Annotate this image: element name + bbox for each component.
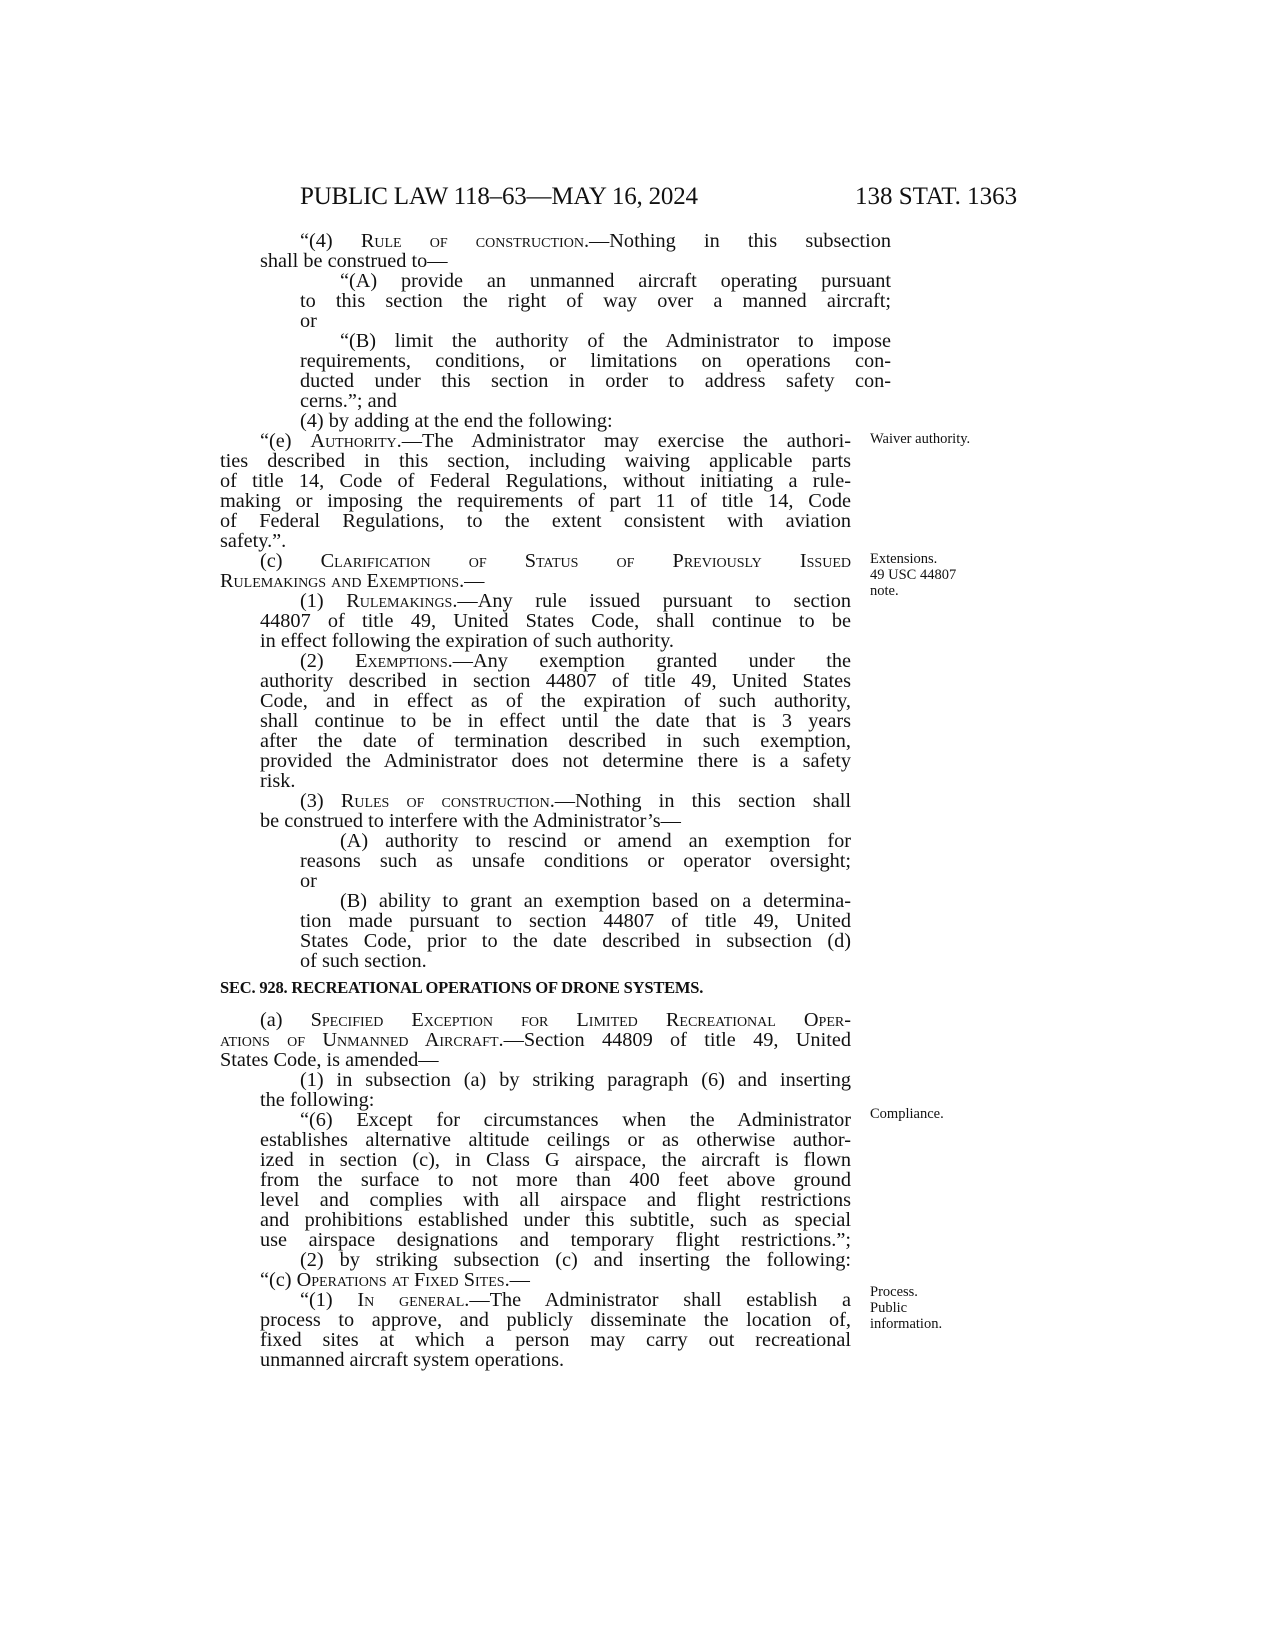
line-text: and prohibitions established under this … bbox=[260, 1209, 851, 1231]
line-text: “(B) limit the authority of the Administ… bbox=[340, 330, 891, 352]
text-line: “(e) Authority.—The Administrator may ex… bbox=[260, 431, 851, 452]
line-text: shall be construed to— bbox=[260, 250, 448, 272]
line-text: of title 14, Code of Federal Regulations… bbox=[220, 470, 851, 492]
text-line: establishes alternative altitude ceiling… bbox=[260, 1130, 851, 1151]
statute-page-number: 138 STAT. 1363 bbox=[855, 183, 1017, 211]
line-text: use airspace designations and temporary … bbox=[260, 1229, 851, 1251]
text-line: from the surface to not more than 400 fe… bbox=[260, 1170, 851, 1191]
small-caps-heading: Rule of construction bbox=[361, 230, 584, 252]
text-line: and prohibitions established under this … bbox=[260, 1210, 851, 1231]
line-text: fixed sites at which a person may carry … bbox=[260, 1329, 851, 1351]
margin-note-extensions: Extensions.49 USC 44807note. bbox=[870, 551, 956, 599]
line-text: (2) bbox=[300, 650, 355, 672]
text-line: risk. bbox=[260, 771, 296, 792]
text-line: tion made pursuant to section 44807 of t… bbox=[300, 911, 851, 932]
small-caps-heading: Authority bbox=[310, 430, 396, 452]
small-caps-heading: Operations at Fixed Sites bbox=[297, 1269, 505, 1291]
line-text: (a) bbox=[260, 1009, 311, 1031]
text-line: shall continue to be in effect until the… bbox=[260, 711, 851, 732]
text-line: (A) authority to rescind or amend an exe… bbox=[340, 831, 851, 852]
line-text: tion made pursuant to section 44807 of t… bbox=[300, 910, 851, 932]
text-line: (B) ability to grant an exemption based … bbox=[340, 891, 851, 912]
line-text: reasons such as unsafe conditions or ope… bbox=[300, 850, 851, 872]
text-line: use airspace designations and temporary … bbox=[260, 1230, 851, 1251]
text-line: ties described in this section, includin… bbox=[220, 451, 851, 472]
margin-note-compliance: Compliance. bbox=[870, 1106, 944, 1122]
text-line: States Code, prior to the date described… bbox=[300, 931, 851, 952]
section-heading: SEC. 928. RECREATIONAL OPERATIONS OF DRO… bbox=[220, 978, 703, 998]
margin-note-line: Compliance. bbox=[870, 1106, 944, 1122]
line-text: .—The Administrator shall establish a bbox=[464, 1289, 851, 1311]
line-text: .—Nothing in this section shall bbox=[550, 790, 851, 812]
text-line: “(B) limit the authority of the Administ… bbox=[340, 331, 891, 352]
text-line: provided the Administrator does not dete… bbox=[260, 751, 851, 772]
text-line: “(6) Except for circumstances when the A… bbox=[300, 1110, 851, 1131]
text-line: Rulemakings and Exemptions.— bbox=[220, 571, 484, 592]
line-text: “(6) Except for circumstances when the A… bbox=[300, 1109, 851, 1131]
text-line: (c) Clarification of Status of Previousl… bbox=[260, 551, 851, 572]
small-caps-heading: In general bbox=[357, 1289, 464, 1311]
text-line: (3) Rules of construction.—Nothing in th… bbox=[300, 791, 851, 812]
line-text: (4) by adding at the end the following: bbox=[300, 410, 613, 432]
page-header: PUBLIC LAW 118–63—MAY 16, 2024 138 STAT.… bbox=[0, 183, 1275, 217]
line-text: .—Any exemption granted under the bbox=[448, 650, 851, 672]
line-text: .— bbox=[459, 570, 484, 592]
line-text: in effect following the expiration of su… bbox=[260, 630, 674, 652]
line-text: the following: bbox=[260, 1089, 374, 1111]
line-text: .— bbox=[505, 1269, 530, 1291]
text-line: authority described in section 44807 of … bbox=[260, 671, 851, 692]
line-text: making or imposing the requirements of p… bbox=[220, 490, 851, 512]
text-line: Code, and in effect as of the expiration… bbox=[260, 691, 851, 712]
line-text: “(1) bbox=[300, 1289, 357, 1311]
text-line: after the date of termination described … bbox=[260, 731, 851, 752]
small-caps-heading: Rulemakings bbox=[346, 590, 452, 612]
line-text: from the surface to not more than 400 fe… bbox=[260, 1169, 851, 1191]
line-text: ized in section (c), in Class G airspace… bbox=[260, 1149, 851, 1171]
text-line: safety.”. bbox=[220, 531, 286, 552]
margin-note-line: 49 USC 44807 bbox=[870, 567, 956, 583]
line-text: cerns.”; and bbox=[300, 390, 397, 412]
margin-note-line: Process. bbox=[870, 1284, 942, 1300]
text-line: making or imposing the requirements of p… bbox=[220, 491, 851, 512]
text-line: requirements, conditions, or limitations… bbox=[300, 351, 891, 372]
line-text: 44807 of title 49, United States Code, s… bbox=[260, 610, 851, 632]
line-text: “(A) provide an unmanned aircraft operat… bbox=[340, 270, 891, 292]
line-text: or bbox=[300, 310, 317, 332]
line-text: States Code, prior to the date described… bbox=[300, 930, 851, 952]
text-line: “(4) Rule of construction.—Nothing in th… bbox=[300, 231, 891, 252]
margin-note-line: Waiver authority. bbox=[870, 431, 970, 447]
text-line: (1) in subsection (a) by striking paragr… bbox=[300, 1070, 851, 1091]
line-text: process to approve, and publicly dissemi… bbox=[260, 1309, 851, 1331]
text-line: (2) Exemptions.—Any exemption granted un… bbox=[300, 651, 851, 672]
line-text: .—Nothing in this subsection bbox=[584, 230, 891, 252]
line-text: “(e) bbox=[260, 430, 310, 452]
line-text: to this section the right of way over a … bbox=[300, 290, 891, 312]
margin-note-waiver: Waiver authority. bbox=[870, 431, 970, 447]
line-text: authority described in section 44807 of … bbox=[260, 670, 851, 692]
text-line: to this section the right of way over a … bbox=[300, 291, 891, 312]
line-text: be construed to interfere with the Admin… bbox=[260, 810, 681, 832]
margin-note-line: Public bbox=[870, 1300, 942, 1316]
margin-note-process: Process.Publicinformation. bbox=[870, 1284, 942, 1332]
line-text: “(c) bbox=[260, 1269, 297, 1291]
line-text: level and complies with all airspace and… bbox=[260, 1189, 851, 1211]
text-line: “(c) Operations at Fixed Sites.— bbox=[260, 1270, 530, 1291]
text-line: or bbox=[300, 871, 317, 892]
line-text: .—Section 44809 of title 49, United bbox=[499, 1029, 852, 1051]
margin-note-line: information. bbox=[870, 1316, 942, 1332]
text-line: (a) Specified Exception for Limited Recr… bbox=[260, 1010, 851, 1031]
line-text: .—Any rule issued pursuant to section bbox=[452, 590, 851, 612]
text-line: process to approve, and publicly dissemi… bbox=[260, 1310, 851, 1331]
text-line: States Code, is amended— bbox=[220, 1050, 439, 1071]
running-title: PUBLIC LAW 118–63—MAY 16, 2024 bbox=[300, 183, 698, 211]
line-text: risk. bbox=[260, 770, 296, 792]
text-line: “(A) provide an unmanned aircraft operat… bbox=[340, 271, 891, 292]
text-line: (4) by adding at the end the following: bbox=[300, 411, 613, 432]
line-text: unmanned aircraft system operations. bbox=[260, 1349, 564, 1371]
text-line: the following: bbox=[260, 1090, 374, 1111]
line-text: “(4) bbox=[300, 230, 361, 252]
margin-note-line: note. bbox=[870, 583, 956, 599]
line-text: (1) in subsection (a) by striking paragr… bbox=[300, 1069, 851, 1091]
line-text: establishes alternative altitude ceiling… bbox=[260, 1129, 851, 1151]
text-line: ations of Unmanned Aircraft.—Section 448… bbox=[220, 1030, 851, 1051]
small-caps-heading: Specified Exception for Limited Recreati… bbox=[311, 1009, 851, 1031]
text-line: cerns.”; and bbox=[300, 391, 397, 412]
line-text: (3) bbox=[300, 790, 341, 812]
line-text: after the date of termination described … bbox=[260, 730, 851, 752]
text-line: or bbox=[300, 311, 317, 332]
text-line: ducted under this section in order to ad… bbox=[300, 371, 891, 392]
margin-note-line: Extensions. bbox=[870, 551, 956, 567]
text-line: ized in section (c), in Class G airspace… bbox=[260, 1150, 851, 1171]
text-line: (2) by striking subsection (c) and inser… bbox=[300, 1250, 851, 1271]
line-text: provided the Administrator does not dete… bbox=[260, 750, 851, 772]
small-caps-heading: ations of Unmanned Aircraft bbox=[220, 1029, 499, 1051]
line-text: (A) authority to rescind or amend an exe… bbox=[340, 830, 851, 852]
text-line: of title 14, Code of Federal Regulations… bbox=[220, 471, 851, 492]
line-text: States Code, is amended— bbox=[220, 1049, 439, 1071]
line-text: of such section. bbox=[300, 950, 427, 972]
text-line: (1) Rulemakings.—Any rule issued pursuan… bbox=[300, 591, 851, 612]
small-caps-heading: Exemptions bbox=[355, 650, 448, 672]
text-line: shall be construed to— bbox=[260, 251, 448, 272]
text-line: of Federal Regulations, to the extent co… bbox=[220, 511, 851, 532]
line-text: ties described in this section, includin… bbox=[220, 450, 851, 472]
small-caps-heading: Rulemakings and Exemptions bbox=[220, 570, 459, 592]
text-line: level and complies with all airspace and… bbox=[260, 1190, 851, 1211]
text-line: in effect following the expiration of su… bbox=[260, 631, 674, 652]
line-text: of Federal Regulations, to the extent co… bbox=[220, 510, 851, 532]
line-text: or bbox=[300, 870, 317, 892]
line-text: (1) bbox=[300, 590, 346, 612]
line-text: (B) ability to grant an exemption based … bbox=[340, 890, 851, 912]
line-text: shall continue to be in effect until the… bbox=[260, 710, 851, 732]
line-text: ducted under this section in order to ad… bbox=[300, 370, 891, 392]
line-text: (2) by striking subsection (c) and inser… bbox=[300, 1249, 851, 1271]
small-caps-heading: Rules of construction bbox=[341, 790, 550, 812]
text-line: “(1) In general.—The Administrator shall… bbox=[300, 1290, 851, 1311]
line-text: .—The Administrator may exercise the aut… bbox=[397, 430, 851, 452]
text-line: reasons such as unsafe conditions or ope… bbox=[300, 851, 851, 872]
line-text: (c) bbox=[260, 550, 321, 572]
line-text: safety.”. bbox=[220, 530, 286, 552]
text-line: 44807 of title 49, United States Code, s… bbox=[260, 611, 851, 632]
small-caps-heading: Clarification of Status of Previously Is… bbox=[321, 550, 851, 572]
line-text: requirements, conditions, or limitations… bbox=[300, 350, 891, 372]
text-line: of such section. bbox=[300, 951, 427, 972]
text-line: unmanned aircraft system operations. bbox=[260, 1350, 564, 1371]
line-text: Code, and in effect as of the expiration… bbox=[260, 690, 851, 712]
text-line: be construed to interfere with the Admin… bbox=[260, 811, 681, 832]
document-page: PUBLIC LAW 118–63—MAY 16, 2024 138 STAT.… bbox=[0, 0, 1275, 1650]
text-line: fixed sites at which a person may carry … bbox=[260, 1330, 851, 1351]
